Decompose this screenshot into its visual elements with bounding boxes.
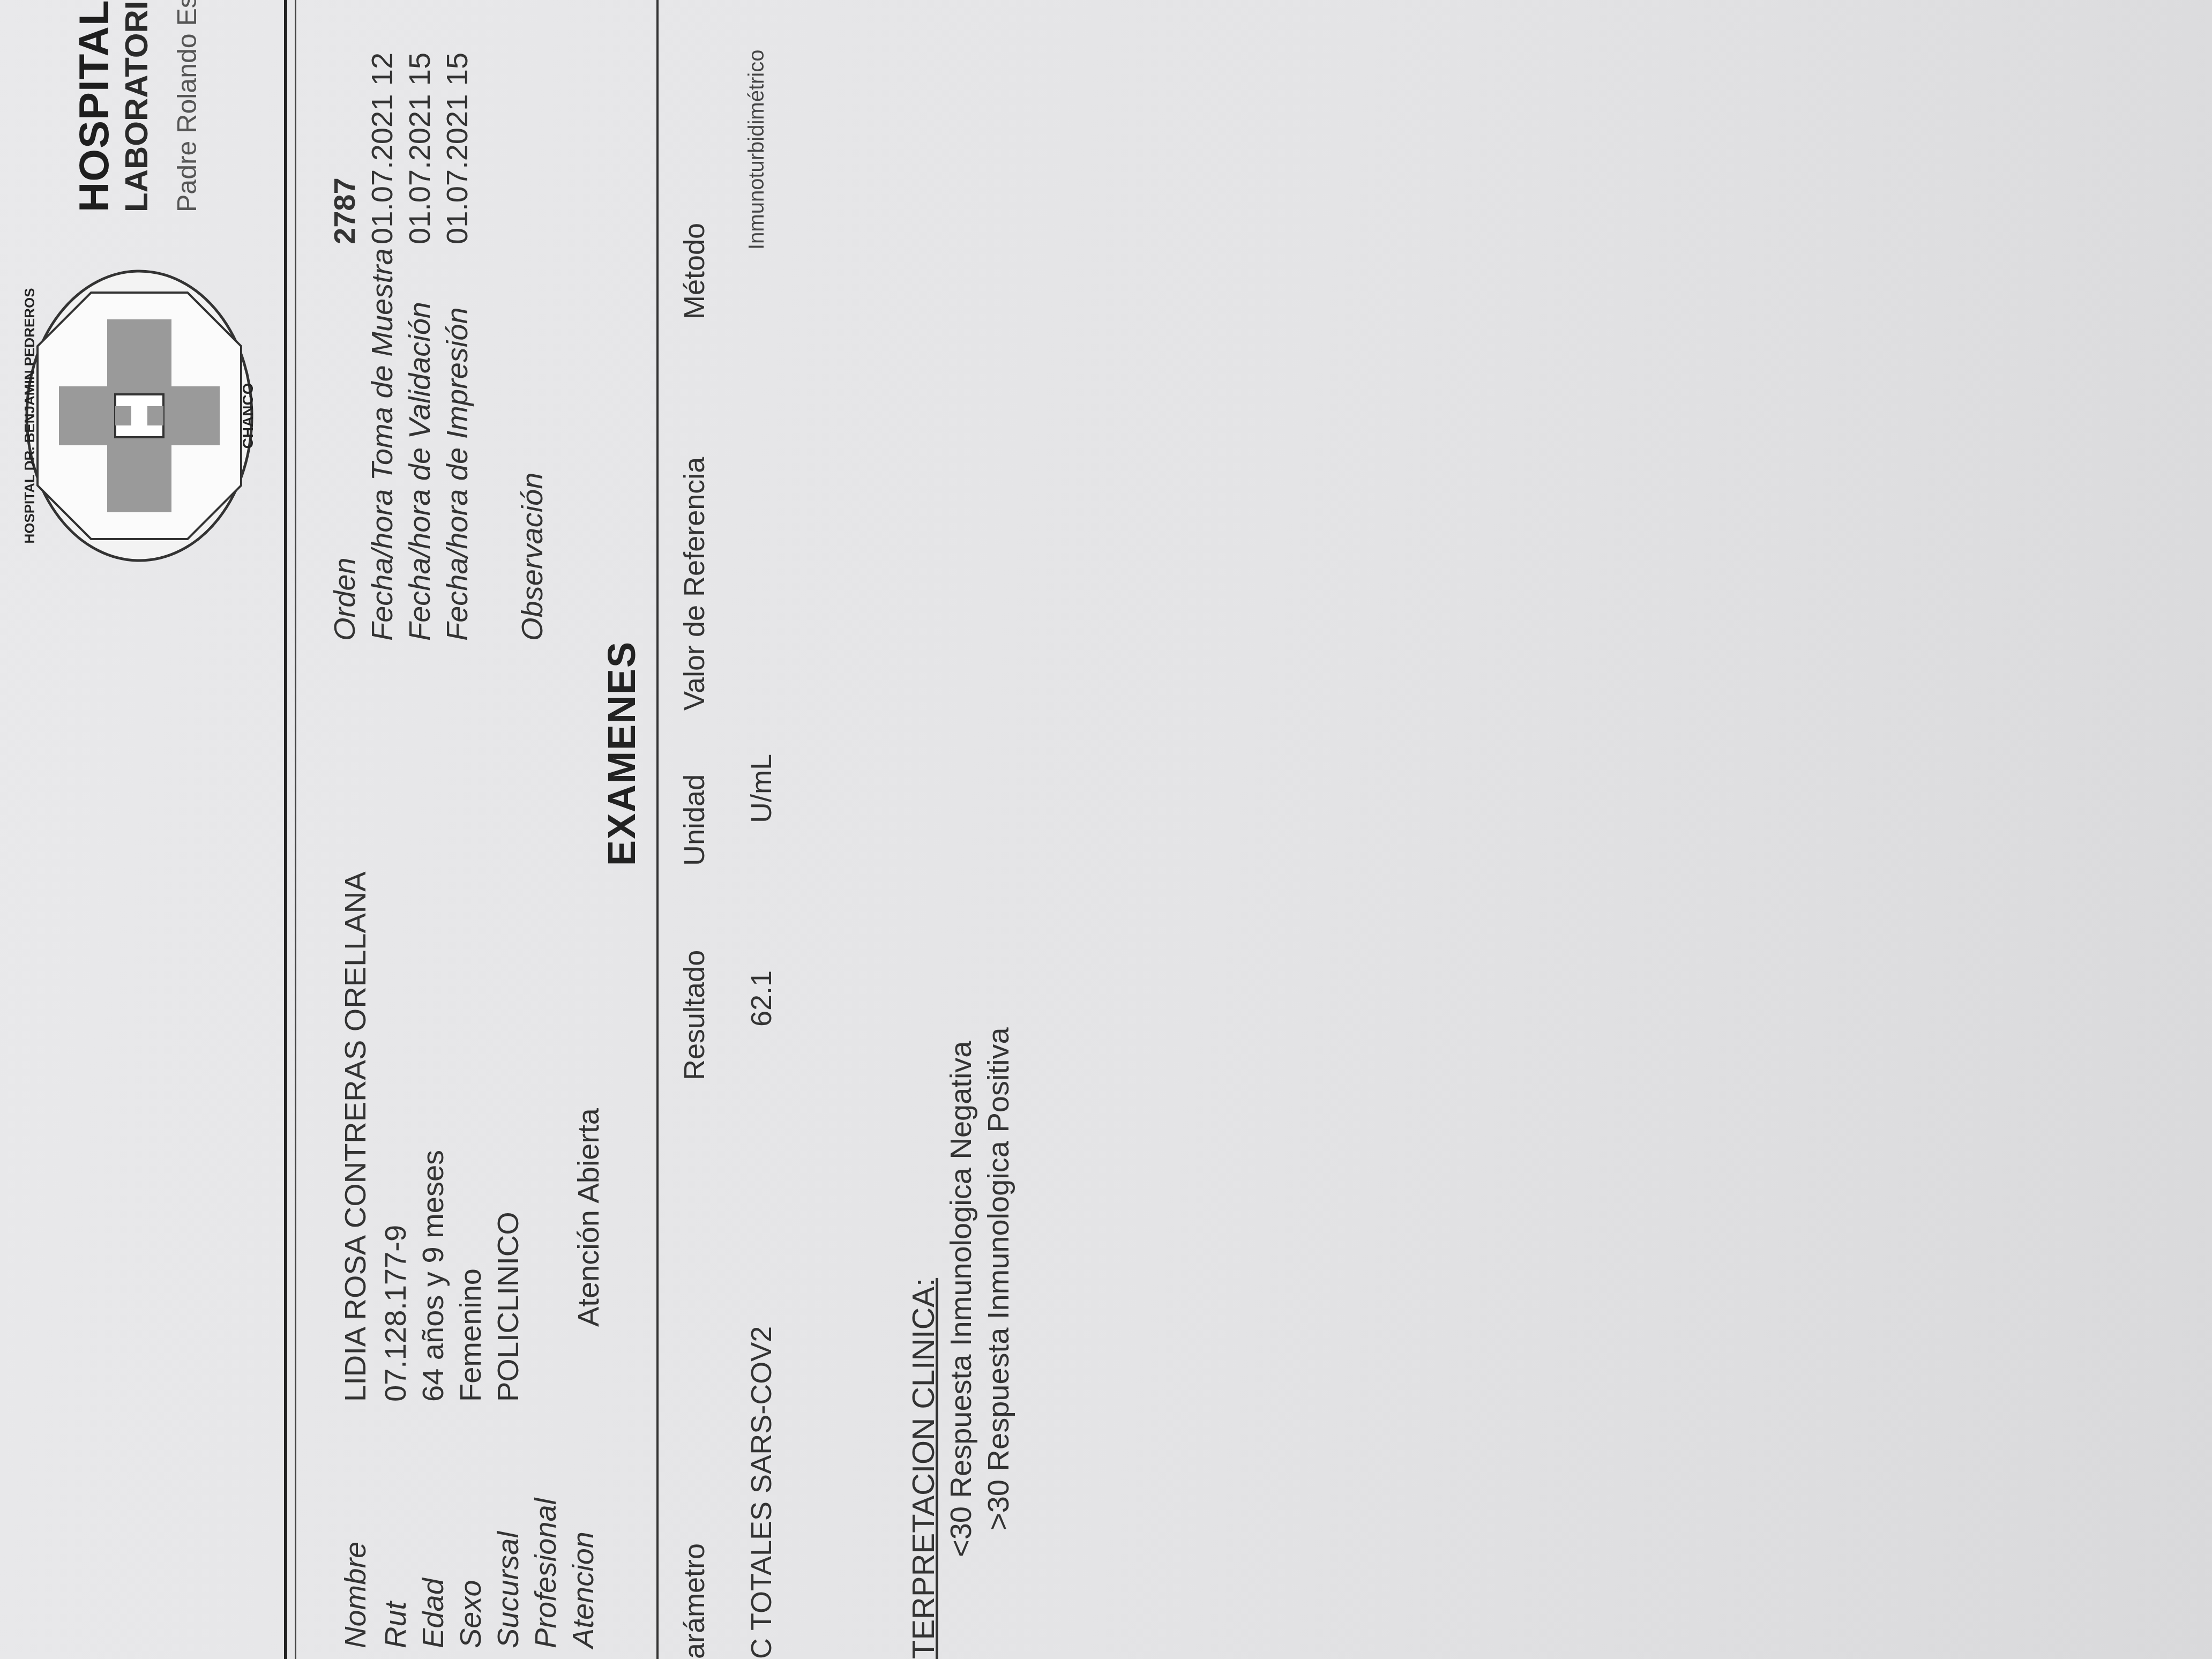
table-row: C TOTALES SARS-COV2 62.1 U/mL Inmunoturb… <box>745 0 788 1659</box>
cell-parametro: C TOTALES SARS-COV2 <box>745 1326 778 1659</box>
order-number: 2787 <box>327 177 362 244</box>
col-resultado: Resultado <box>678 950 711 1080</box>
label-impresion: Fecha/hora de Impresión <box>439 307 474 641</box>
label-orden: Orden <box>327 557 362 641</box>
patient-age: 64 años y 9 meses <box>415 1150 450 1402</box>
validation-datetime: 01.07.2021 15 <box>402 53 437 244</box>
sample-datetime: 01.07.2021 12 <box>364 53 399 244</box>
interpretacion-line-negativa: <30 Respuesta Inmunologica Negativa <box>943 1041 978 1557</box>
cell-unidad: U/mL <box>745 754 778 823</box>
svg-text:CHANCO: CHANCO <box>240 383 256 449</box>
patient-rut: 07.128.177-9 <box>378 1225 413 1402</box>
label-observacion: Observación <box>514 473 549 641</box>
patient-sex: Femenino <box>453 1268 488 1402</box>
examenes-divider <box>656 0 659 1659</box>
label-sexo: Sexo <box>453 1580 488 1648</box>
lab-report-page: HOSPITAL DR. BENJAMIN PEDREROS CHANCO HO… <box>0 0 2212 1659</box>
svg-text:HOSPITAL DR. BENJAMIN PEDREROS: HOSPITAL DR. BENJAMIN PEDREROS <box>21 288 38 543</box>
hospital-logo: HOSPITAL DR. BENJAMIN PEDREROS CHANCO <box>21 266 257 566</box>
col-parametro: arámetro <box>678 1543 711 1659</box>
interpretacion-title: TERPRETACION CLINICA: <box>906 1278 941 1659</box>
lab-subtitle: LABORATORIO CLINICO <box>118 0 155 212</box>
cell-metodo: Inmunoturbidimétrico <box>745 50 769 250</box>
label-edad: Edad <box>415 1578 450 1648</box>
col-referencia: Valor de Referencia <box>678 457 711 711</box>
label-nombre: Nombre <box>338 1542 372 1648</box>
patient-name: LIDIA ROSA CONTRERAS ORELLANA <box>338 871 372 1402</box>
header-divider <box>284 0 296 1659</box>
label-toma-muestra: Fecha/hora Toma de Muestra <box>364 248 399 641</box>
label-sucursal: Sucursal <box>490 1531 525 1648</box>
label-validacion: Fecha/hora de Validación <box>402 302 437 641</box>
col-unidad: Unidad <box>678 774 711 866</box>
label-rut: Rut <box>378 1602 413 1648</box>
hospital-title: HOSPITAL DE CHANCO <box>70 0 118 212</box>
col-metodo: Método <box>678 223 711 319</box>
patient-attention: Atención Abierta <box>571 1108 606 1327</box>
patient-branch: POLICLINICO <box>490 1212 525 1402</box>
print-datetime: 01.07.2021 15 <box>439 53 474 244</box>
cell-resultado: 62.1 <box>745 970 778 1027</box>
address-line: Padre Rolando Escobar S/N - Fono 073 - 2… <box>171 0 203 212</box>
examenes-title: EXAMENES <box>600 641 644 866</box>
label-atencion: Atencion <box>565 1531 600 1648</box>
interpretacion-line-positiva: >30 Respuesta Inmunologica Positiva <box>981 1027 1015 1530</box>
label-profesional: Profesional <box>528 1498 563 1648</box>
